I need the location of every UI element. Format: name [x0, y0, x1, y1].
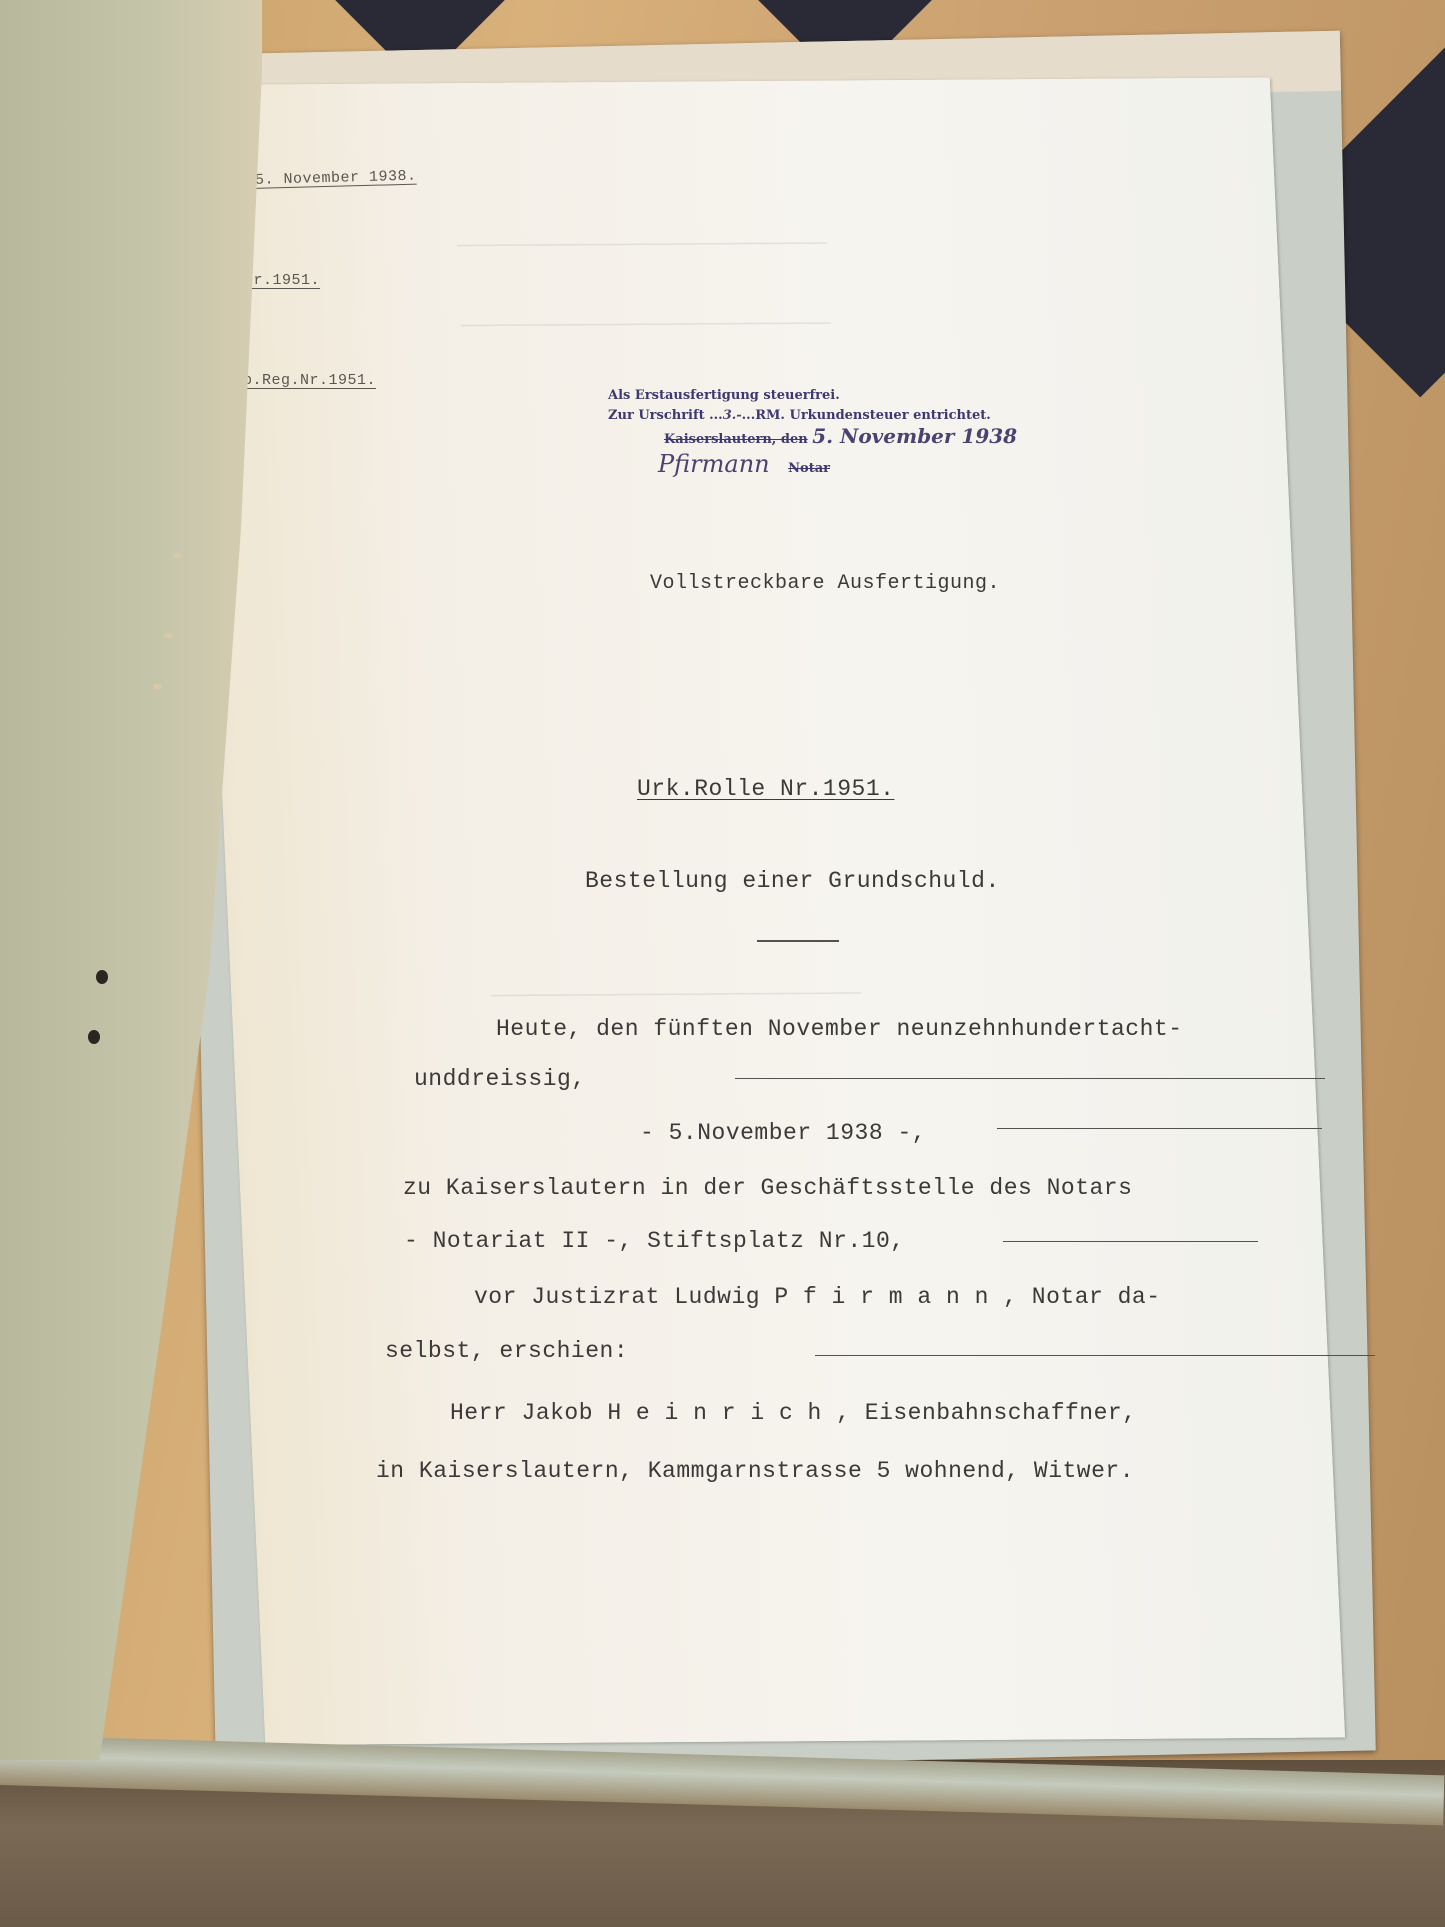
body-line-5: - Notariat II -, Stiftsplatz Nr.10, — [404, 1228, 905, 1254]
punch-hole — [88, 1030, 100, 1044]
bleed-through-text: ———————————————————————————— — [460, 311, 831, 339]
body-line-7: selbst, erschien: — [385, 1338, 628, 1364]
separator-rule — [757, 940, 839, 942]
stamp-line-4: Pfirmann Notar — [608, 454, 1017, 479]
fill-rule — [1003, 1241, 1258, 1242]
body-line-1: Heute, den fünften November neunzehnhund… — [496, 1016, 1183, 1042]
body-line-2: unddreissig, — [414, 1066, 586, 1092]
heading-enforceable-copy: Vollstreckbare Ausfertigung. — [650, 572, 1000, 595]
stamp-line-3: Kaiserslautern, den 5. November 1938 — [608, 426, 1017, 450]
stamp-notary-role: Notar — [788, 461, 830, 476]
body-line-9: in Kaiserslautern, Kammgarnstrasse 5 woh… — [376, 1458, 1134, 1484]
stamp-place: Kaiserslautern, den — [664, 432, 808, 447]
binding-tack — [173, 553, 182, 558]
body-line-3: - 5.November 1938 -, — [640, 1120, 926, 1146]
punch-hole — [96, 970, 108, 984]
stamp-handwritten-date: 5. November 1938 — [812, 424, 1017, 448]
bleed-through-text: ———————————————————————————— — [457, 231, 828, 259]
stamp-tax-text: ...RM. Urkundensteuer entrichtet. — [742, 408, 991, 423]
tax-stamp: Als Erstausfertigung steuerfrei. Zur Urs… — [608, 386, 1017, 479]
notary-signature: Pfirmann — [658, 450, 770, 478]
fill-rule — [815, 1355, 1375, 1356]
body-line-4: zu Kaiserslautern in der Geschäftsstelle… — [403, 1175, 1132, 1201]
stamp-line-1: Als Erstausfertigung steuerfrei. — [608, 386, 1017, 406]
body-line-8: Herr Jakob H e i n r i c h , Eisenbahnsc… — [450, 1400, 1137, 1426]
binding-tack — [153, 684, 162, 689]
document-subject: Bestellung einer Grundschuld. — [585, 868, 1000, 894]
body-line-6: vor Justizrat Ludwig P f i r m a n n , N… — [474, 1284, 1161, 1310]
bleed-through-text: ———————————————————————————— — [491, 981, 862, 1009]
binding-tack — [164, 633, 173, 638]
stamp-amount: 3.- — [723, 408, 742, 423]
fill-rule — [735, 1078, 1325, 1079]
deed-roll-number: Urk.Rolle Nr.1951. — [637, 776, 894, 802]
margin-note-number: Nr.1951. — [244, 272, 320, 289]
document-page: ———————————————————————————— ———————————… — [190, 77, 1345, 1744]
stamp-urschrift-label: Zur Urschrift ... — [608, 408, 723, 423]
stamp-line-2: Zur Urschrift ...3.-...RM. Urkundensteue… — [608, 406, 1017, 426]
fill-rule — [997, 1128, 1322, 1129]
